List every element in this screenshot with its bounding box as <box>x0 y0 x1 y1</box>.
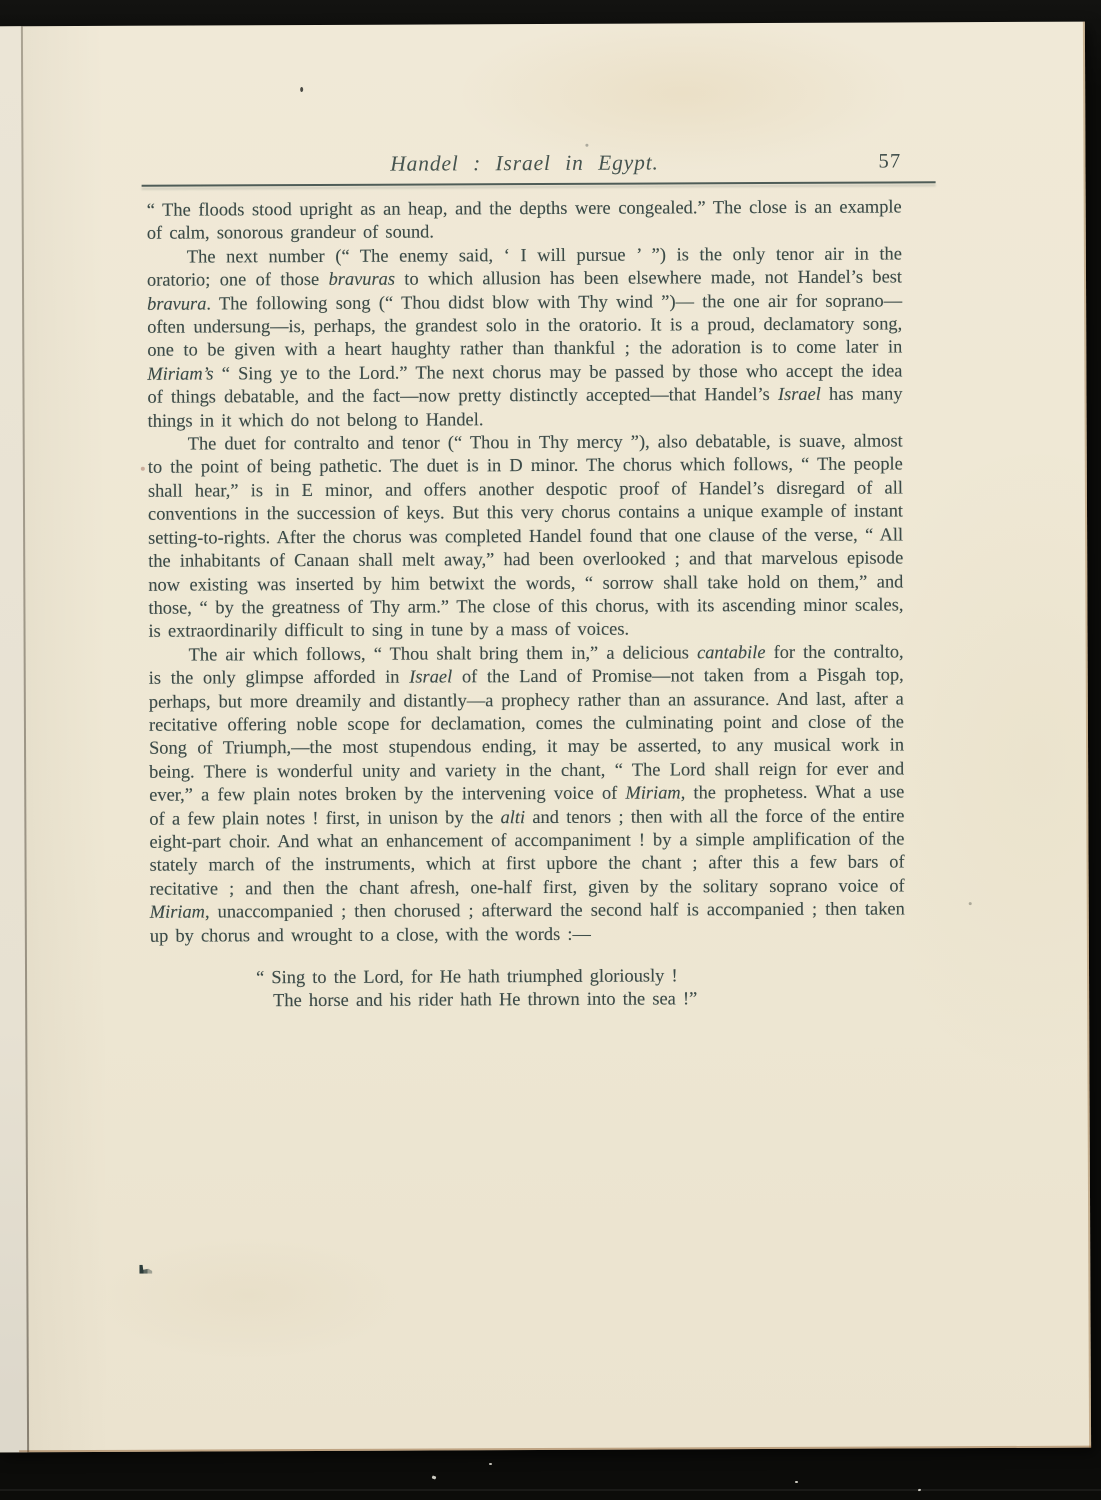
paragraph: The next number (“ The enemy said, ‘ I w… <box>147 242 903 433</box>
dust-speck <box>795 1481 798 1483</box>
paragraph: The air which follows, “ Thou shalt brin… <box>149 640 905 948</box>
dust-speck <box>432 1475 437 1479</box>
page-body-text: “ The floods stood upright as an heap, a… <box>147 195 906 1013</box>
ink-smudge-artifact <box>139 1265 152 1274</box>
paper-speck <box>585 144 588 147</box>
paper-speck <box>141 467 145 471</box>
paper-speck <box>969 902 972 905</box>
verse-line-1: “ Sing to the Lord, for He hath triumphe… <box>256 963 905 989</box>
running-header: Handel : Israel in Egypt. 57 <box>145 146 903 183</box>
dust-speck <box>489 1463 492 1465</box>
running-header-title: Handel : Israel in Egypt. <box>145 146 903 179</box>
verse-line-2: The horse and his rider hath He thrown i… <box>256 987 905 1013</box>
scanner-bed-seam <box>0 1489 1101 1491</box>
page-number: 57 <box>878 146 901 176</box>
paragraph: The duet for contralto and tenor (“ Thou… <box>148 429 904 643</box>
verse-block: “ Sing to the Lord, for He hath triumphe… <box>256 963 905 1013</box>
book-page: Handel : Israel in Egypt. 57 “ The flood… <box>0 22 1091 1453</box>
paragraph: “ The floods stood upright as an heap, a… <box>147 195 902 245</box>
paper-speck <box>300 87 303 92</box>
